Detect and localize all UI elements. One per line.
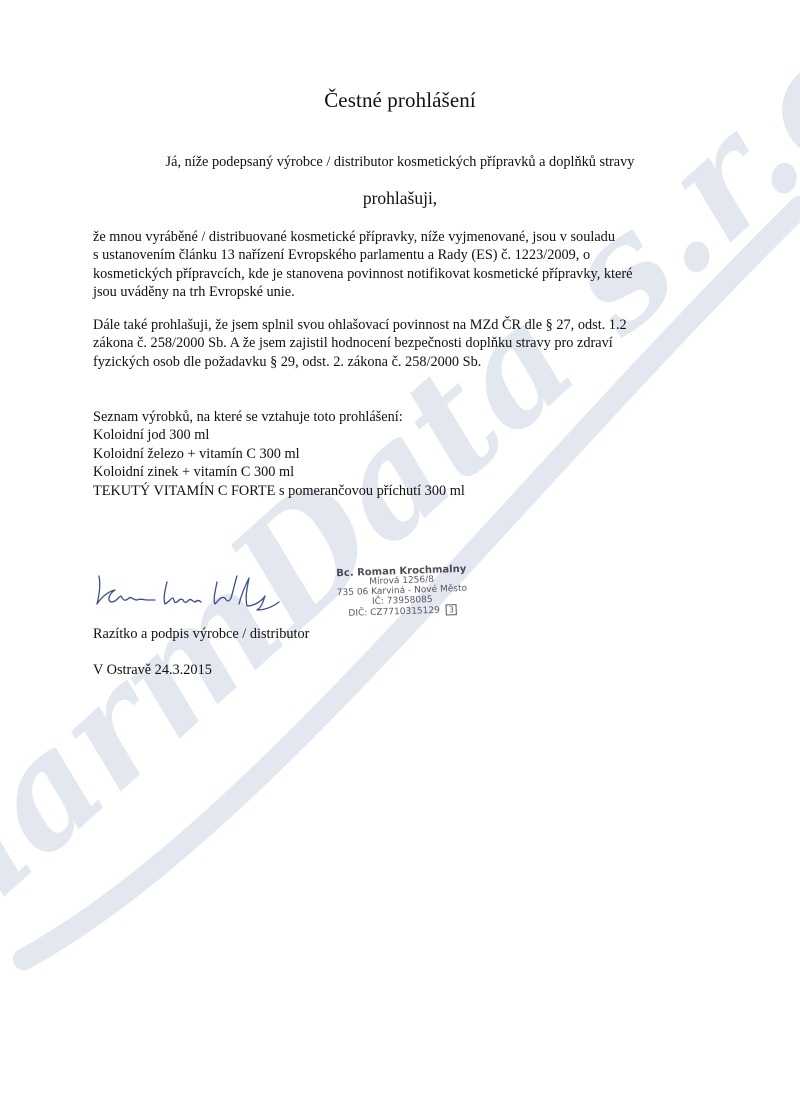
product-item: Koloidní jod 300 ml	[93, 426, 465, 444]
paragraph-line: fyzických osob dle požadavku § 29, odst.…	[93, 353, 733, 371]
stamp-dic: DIČ: CZ7710315129	[348, 606, 440, 619]
document-page: Čestné prohlášení Já, níže podepsaný výr…	[0, 0, 800, 1100]
product-item: Koloidní zinek + vitamín C 300 ml	[93, 463, 465, 481]
product-item: Koloidní železo + vitamín C 300 ml	[93, 445, 465, 463]
paragraph-supplements: Dále také prohlašuji, že jsem splnil svo…	[93, 316, 733, 371]
handwritten-signature	[93, 562, 303, 622]
company-stamp: Bc. Roman Krochmalny Mírová 1256/8 735 0…	[321, 563, 483, 620]
paragraph-cosmetics: že mnou vyráběné / distribuované kosmeti…	[93, 228, 733, 302]
paragraph-line: že mnou vyráběné / distribuované kosmeti…	[93, 228, 733, 246]
paragraph-line: jsou uváděny na trh Evropské unie.	[93, 283, 733, 301]
intro-line: Já, níže podepsaný výrobce / distributor…	[0, 154, 800, 171]
product-item: TEKUTÝ VITAMÍN C FORTE s pomerančovou př…	[93, 482, 465, 500]
signature-caption: Razítko a podpis výrobce / distributor	[93, 626, 309, 643]
declaration-word: prohlašuji,	[0, 188, 800, 209]
place-and-date: V Ostravě 24.3.2015	[93, 662, 212, 679]
paragraph-line: s ustanovením článku 13 nařízení Evropsk…	[93, 246, 733, 264]
paragraph-line: zákona č. 258/2000 Sb. A že jsem zajisti…	[93, 334, 733, 352]
stamp-number-box: 3	[446, 604, 457, 615]
paragraph-line: Dále také prohlašuji, že jsem splnil svo…	[93, 316, 733, 334]
document-title: Čestné prohlášení	[0, 88, 800, 113]
product-list: Seznam výrobků, na které se vztahuje tot…	[93, 408, 465, 500]
paragraph-line: kosmetických přípravcích, kde je stanove…	[93, 265, 733, 283]
product-list-heading: Seznam výrobků, na které se vztahuje tot…	[93, 408, 465, 426]
